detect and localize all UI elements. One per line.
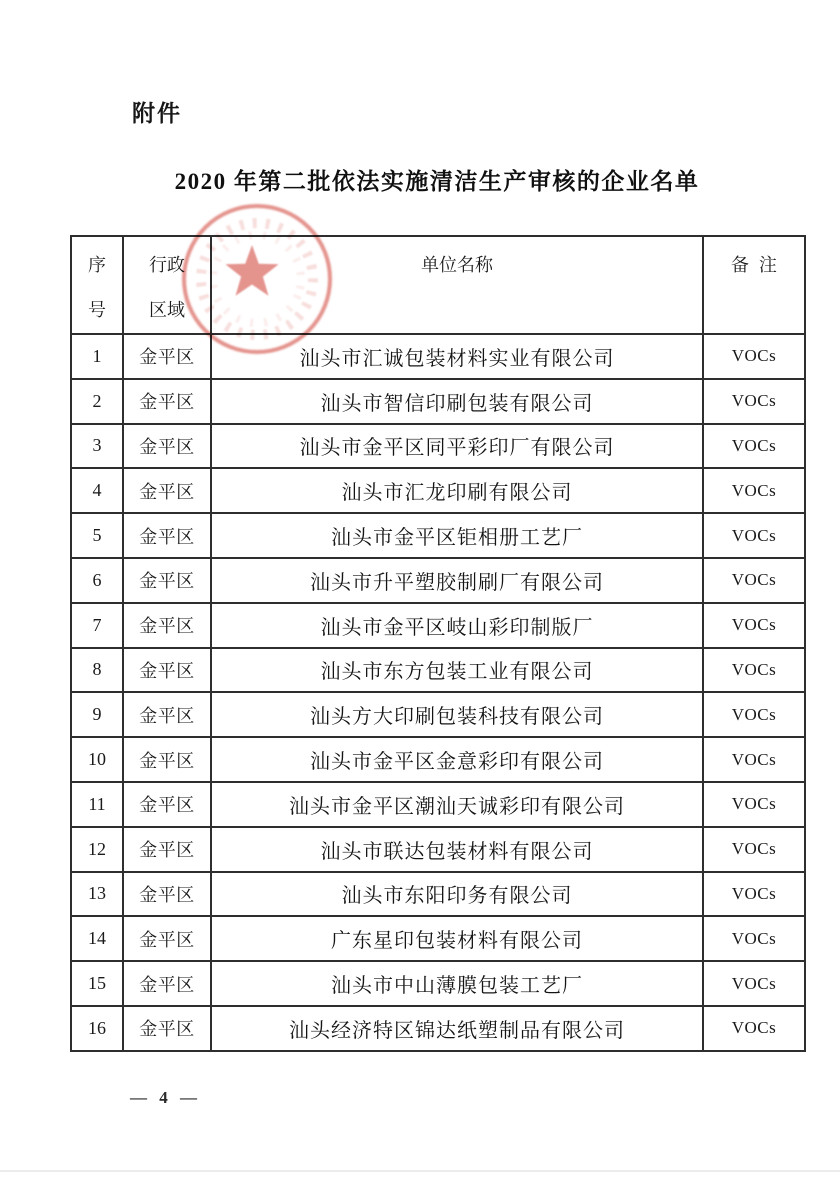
enterprise-list-table: 序号 行政区域 单位名称 备注 1 金平区 汕头市汇诚包装材料实业有限公司 VO…: [70, 235, 806, 1052]
cell-remark: VOCs: [703, 782, 805, 827]
cell-index: 11: [71, 782, 123, 827]
cell-remark: VOCs: [703, 827, 805, 872]
cell-remark: VOCs: [703, 872, 805, 917]
cell-index: 1: [71, 334, 123, 379]
table-row: 13 金平区 汕头市东阳印务有限公司 VOCs: [71, 872, 805, 917]
cell-remark: VOCs: [703, 468, 805, 513]
cell-region: 金平区: [123, 1006, 211, 1051]
cell-index: 7: [71, 603, 123, 648]
table-row: 14 金平区 广东星印包装材料有限公司 VOCs: [71, 916, 805, 961]
cell-index: 6: [71, 558, 123, 603]
cell-index: 15: [71, 961, 123, 1006]
table-body: 1 金平区 汕头市汇诚包装材料实业有限公司 VOCs 2 金平区 汕头市智信印刷…: [71, 334, 805, 1051]
cell-index: 5: [71, 513, 123, 558]
table-row: 11 金平区 汕头市金平区潮汕天诚彩印有限公司 VOCs: [71, 782, 805, 827]
cell-company-name: 汕头经济特区锦达纸塑制品有限公司: [211, 1006, 703, 1051]
cell-region: 金平区: [123, 782, 211, 827]
cell-index: 8: [71, 648, 123, 693]
table-row: 7 金平区 汕头市金平区岐山彩印制版厂 VOCs: [71, 603, 805, 648]
cell-remark: VOCs: [703, 737, 805, 782]
cell-index: 4: [71, 468, 123, 513]
cell-region: 金平区: [123, 513, 211, 558]
cell-company-name: 广东星印包装材料有限公司: [211, 916, 703, 961]
table-row: 8 金平区 汕头市东方包装工业有限公司 VOCs: [71, 648, 805, 693]
cell-remark: VOCs: [703, 424, 805, 469]
cell-company-name: 汕头市金平区岐山彩印制版厂: [211, 603, 703, 648]
cell-company-name: 汕头市东阳印务有限公司: [211, 872, 703, 917]
cell-region: 金平区: [123, 558, 211, 603]
cell-company-name: 汕头市中山薄膜包装工艺厂: [211, 961, 703, 1006]
cell-index: 13: [71, 872, 123, 917]
document-page: 附件 2020 年第二批依法实施清洁生产审核的企业名单 序号 行政区域 单位名称…: [0, 0, 840, 1188]
cell-region: 金平区: [123, 692, 211, 737]
table-row: 15 金平区 汕头市中山薄膜包装工艺厂 VOCs: [71, 961, 805, 1006]
cell-company-name: 汕头市联达包装材料有限公司: [211, 827, 703, 872]
cell-company-name: 汕头市金平区同平彩印厂有限公司: [211, 424, 703, 469]
column-header-name: 单位名称: [211, 236, 703, 334]
cell-region: 金平区: [123, 424, 211, 469]
document-title: 2020 年第二批依法实施清洁生产审核的企业名单: [70, 163, 804, 196]
cell-region: 金平区: [123, 961, 211, 1006]
cell-company-name: 汕头市金平区潮汕天诚彩印有限公司: [211, 782, 703, 827]
cell-region: 金平区: [123, 916, 211, 961]
table-row: 6 金平区 汕头市升平塑胶制刷厂有限公司 VOCs: [71, 558, 805, 603]
cell-index: 12: [71, 827, 123, 872]
cell-remark: VOCs: [703, 513, 805, 558]
cell-remark: VOCs: [703, 558, 805, 603]
column-header-index: 序号: [71, 236, 123, 334]
cell-company-name: 汕头市升平塑胶制刷厂有限公司: [211, 558, 703, 603]
table-row: 10 金平区 汕头市金平区金意彩印有限公司 VOCs: [71, 737, 805, 782]
table-row: 16 金平区 汕头经济特区锦达纸塑制品有限公司 VOCs: [71, 1006, 805, 1051]
cell-company-name: 汕头方大印刷包装科技有限公司: [211, 692, 703, 737]
table-row: 3 金平区 汕头市金平区同平彩印厂有限公司 VOCs: [71, 424, 805, 469]
cell-remark: VOCs: [703, 1006, 805, 1051]
column-header-region: 行政区域: [123, 236, 211, 334]
table-row: 2 金平区 汕头市智信印刷包装有限公司 VOCs: [71, 379, 805, 424]
cell-remark: VOCs: [703, 916, 805, 961]
cell-index: 14: [71, 916, 123, 961]
cell-company-name: 汕头市东方包装工业有限公司: [211, 648, 703, 693]
table-row: 4 金平区 汕头市汇龙印刷有限公司 VOCs: [71, 468, 805, 513]
attachment-label: 附件: [132, 95, 182, 128]
cell-region: 金平区: [123, 648, 211, 693]
cell-company-name: 汕头市汇龙印刷有限公司: [211, 468, 703, 513]
cell-region: 金平区: [123, 827, 211, 872]
table-row: 1 金平区 汕头市汇诚包装材料实业有限公司 VOCs: [71, 334, 805, 379]
scan-edge-line: [0, 1170, 840, 1172]
cell-company-name: 汕头市金平区钜相册工艺厂: [211, 513, 703, 558]
cell-company-name: 汕头市智信印刷包装有限公司: [211, 379, 703, 424]
cell-index: 2: [71, 379, 123, 424]
cell-company-name: 汕头市金平区金意彩印有限公司: [211, 737, 703, 782]
table-header-row: 序号 行政区域 单位名称 备注: [71, 236, 805, 334]
cell-region: 金平区: [123, 468, 211, 513]
table-row: 5 金平区 汕头市金平区钜相册工艺厂 VOCs: [71, 513, 805, 558]
column-header-remark: 备注: [703, 236, 805, 334]
cell-remark: VOCs: [703, 603, 805, 648]
cell-remark: VOCs: [703, 692, 805, 737]
cell-region: 金平区: [123, 603, 211, 648]
cell-remark: VOCs: [703, 648, 805, 693]
cell-company-name: 汕头市汇诚包装材料实业有限公司: [211, 334, 703, 379]
cell-region: 金平区: [123, 334, 211, 379]
table-row: 12 金平区 汕头市联达包装材料有限公司 VOCs: [71, 827, 805, 872]
cell-region: 金平区: [123, 737, 211, 782]
cell-region: 金平区: [123, 872, 211, 917]
cell-index: 10: [71, 737, 123, 782]
cell-region: 金平区: [123, 379, 211, 424]
cell-remark: VOCs: [703, 379, 805, 424]
table-row: 9 金平区 汕头方大印刷包装科技有限公司 VOCs: [71, 692, 805, 737]
cell-index: 3: [71, 424, 123, 469]
page-number: — 4 —: [130, 1088, 198, 1108]
cell-index: 16: [71, 1006, 123, 1051]
cell-remark: VOCs: [703, 961, 805, 1006]
cell-remark: VOCs: [703, 334, 805, 379]
cell-index: 9: [71, 692, 123, 737]
